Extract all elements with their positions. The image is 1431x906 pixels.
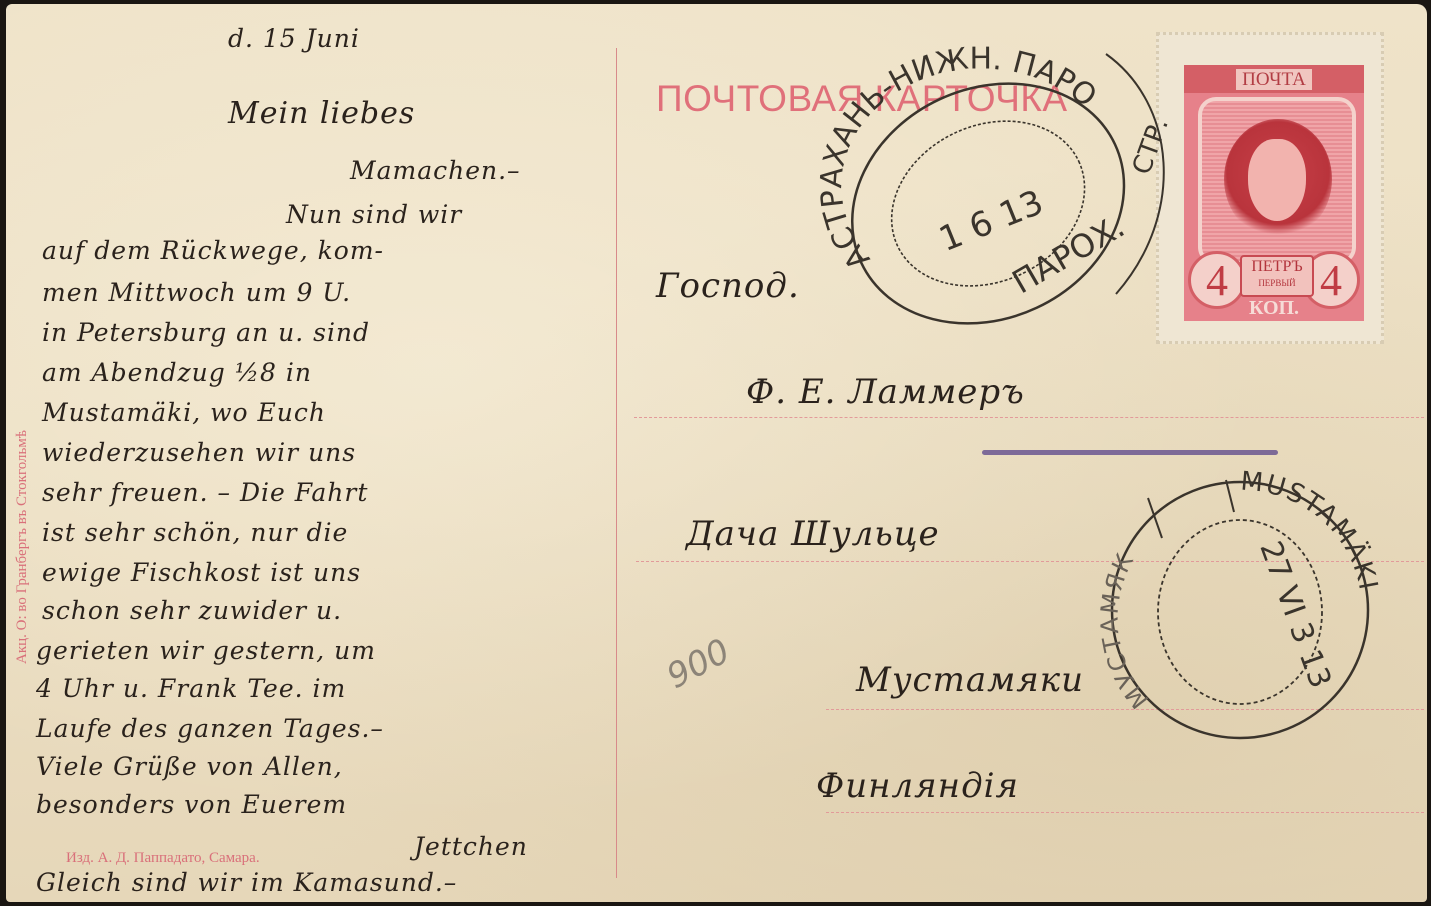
message-line: Mustamäki, wo Euch bbox=[42, 398, 326, 427]
message-signature: Jettchen bbox=[414, 832, 528, 861]
svg-text:МУСТАМЯКИ: МУСТАМЯКИ bbox=[1100, 460, 1154, 714]
message-line: ewige Fischkost ist uns bbox=[42, 558, 361, 587]
message-line: gerieten wir gestern, um bbox=[36, 636, 376, 665]
message-line: 4 Uhr u. Frank Tee. im bbox=[36, 674, 346, 703]
message-line: am Abendzug ½8 in bbox=[42, 358, 312, 387]
stamp-name-cartouche: ПЕТРЪ ПЕРВЫЙ bbox=[1240, 255, 1314, 297]
address-line-text: Господ. bbox=[656, 266, 800, 306]
message-line: besonders von Euerem bbox=[36, 790, 347, 819]
purple-underline bbox=[982, 450, 1278, 455]
message-line: Nun sind wir bbox=[286, 200, 462, 229]
message-line: in Petersburg an u. sind bbox=[42, 318, 370, 347]
divider-line bbox=[616, 48, 617, 878]
message-line: sehr freuen. – Die Fahrt bbox=[42, 478, 368, 507]
svg-text:1 6 13: 1 6 13 bbox=[934, 182, 1049, 260]
message-line: Viele Grüße von Allen, bbox=[36, 752, 343, 781]
message-line: Gleich sind wir im Kamasund.– bbox=[36, 868, 457, 897]
pencil-note: 900 bbox=[660, 631, 736, 697]
svg-text:СТР.: СТР. bbox=[1127, 114, 1175, 179]
printer-imprint: Акц. О: во Гранбергъ въ Стокгольмѣ bbox=[14, 430, 31, 664]
message-line: Mamachen.– bbox=[350, 156, 521, 185]
message-date: d. 15 Juni bbox=[228, 24, 360, 53]
address-line bbox=[634, 417, 1424, 418]
message-line: Laufe des ganzen Tages.– bbox=[36, 714, 384, 743]
address-line-text: Ф. Е. Ламмеръ bbox=[746, 372, 1025, 412]
message-line: men Mittwoch um 9 U. bbox=[42, 278, 351, 307]
address-line-text: Мустамяки bbox=[856, 660, 1084, 700]
postmark-astrakhan-partial: СТР. bbox=[1086, 44, 1206, 304]
message-line: Mein liebes bbox=[228, 96, 415, 131]
message-line: schon sehr zuwider u. bbox=[42, 596, 342, 625]
message-line: wiederzusehen wir uns bbox=[42, 438, 356, 467]
stamp-top-label: ПОЧТА bbox=[1184, 65, 1364, 93]
address-line-text: Дача Шульце bbox=[686, 514, 940, 554]
stamp-portrait bbox=[1198, 97, 1356, 265]
svg-text:MUSTAMÄKI: MUSTAMÄKI bbox=[1239, 466, 1380, 593]
svg-text:27 VI 3 13: 27 VI 3 13 bbox=[1252, 537, 1337, 693]
stamp-unit: КОП. bbox=[1234, 297, 1314, 320]
address-line-text: Финляндія bbox=[816, 766, 1019, 806]
message-line: auf dem Rückwege, kom- bbox=[42, 236, 384, 265]
stamp-design: ПОЧТА 4 4 ПЕТРЪ ПЕРВЫЙ КОП. bbox=[1184, 65, 1364, 321]
postcard: ПОЧТОВАЯ КАРТОЧКА d. 15 Juni Mein liebes… bbox=[6, 4, 1427, 902]
address-line bbox=[826, 812, 1424, 813]
publisher-imprint: Изд. А. Д. Паппадато, Самара. bbox=[66, 850, 260, 867]
message-line: ist sehr schön, nur die bbox=[42, 518, 348, 547]
portrait-face bbox=[1248, 139, 1306, 221]
postmark-mustamaki: MUSTAMÄKI МУСТАМЯКИ 27 VI 3 13 bbox=[1100, 460, 1380, 760]
